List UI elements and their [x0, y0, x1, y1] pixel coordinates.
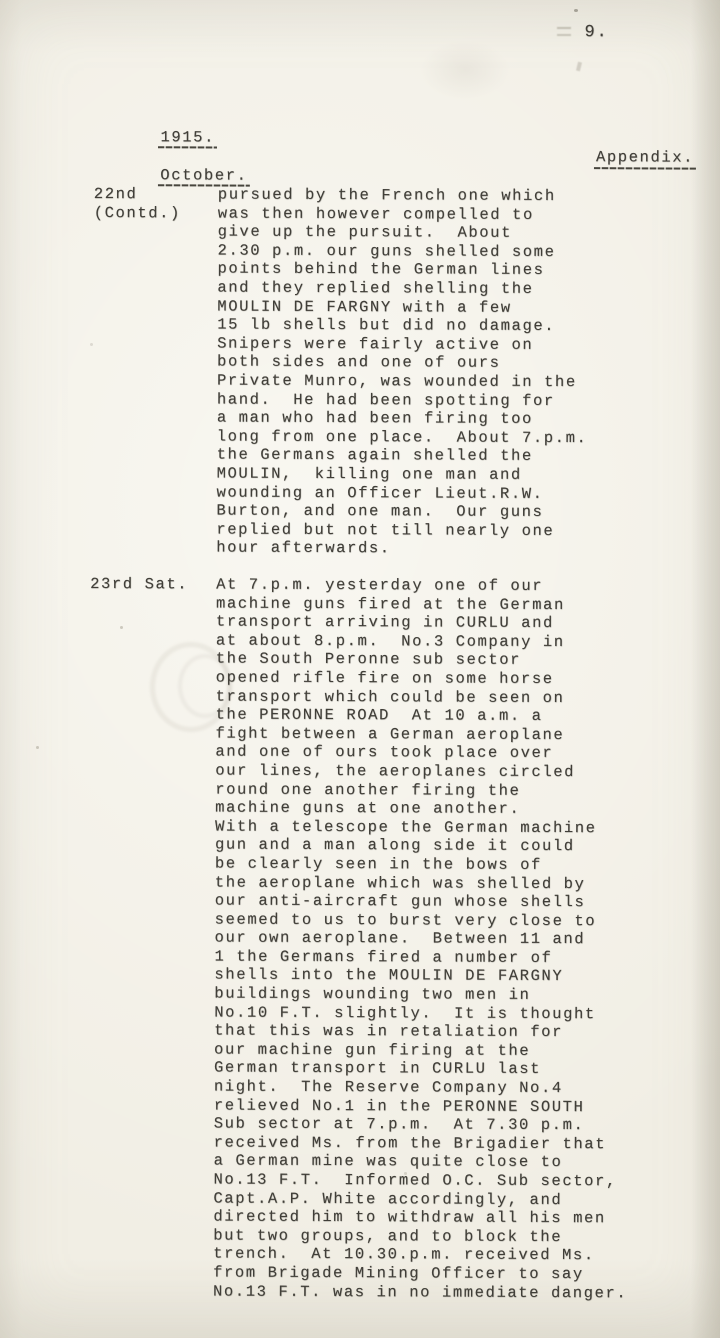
diary-page-scan: 9. 1915. Appendix. October. 22nd (Contd.… — [0, 0, 720, 1338]
typed-content: 9. 1915. Appendix. October. 22nd (Contd.… — [0, 0, 720, 1338]
diary-entry-23rd: 23rd Sat. At 7.p.m. yesterday one of our… — [0, 575, 718, 578]
entry-date-label: 22nd (Contd.) — [94, 185, 214, 223]
entry-body-text: pursued by the French one which was then… — [216, 186, 668, 560]
page-number: 9. — [584, 24, 608, 43]
entry-date-label: 23rd Sat. — [90, 575, 210, 594]
appendix-heading: Appendix. — [596, 111, 720, 189]
appendix-heading-text: Appendix. — [596, 148, 694, 170]
entry-body-text: At 7.p.m. yesterday one of our machine g… — [213, 576, 666, 1303]
